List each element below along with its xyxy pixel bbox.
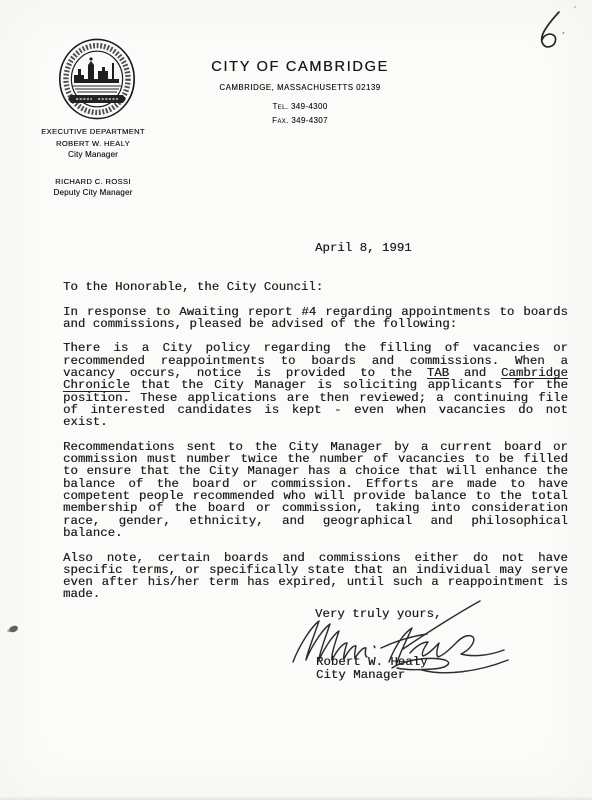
city-manager-title: City Manager (23, 149, 163, 161)
letterhead-title: CITY OF CAMBRIDGE (176, 59, 424, 75)
letter-line: evenafterhis/hertermhasexpired,untilsuch… (63, 576, 568, 588)
executive-department-label: EXECUTIVE DEPARTMENT (23, 126, 163, 138)
deputy-manager-name: RICHARD C. ROSSI (23, 176, 163, 188)
scan-speck (574, 6, 576, 8)
paragraph: ThereisaCitypolicyregardingthefillingofv… (63, 342, 568, 428)
salutation: To the Honorable, the City Council: (63, 281, 568, 293)
letterhead-fax: Fax. 349-4307 (176, 116, 424, 125)
letter-line: Alsonote,certainboardsandcommissionseith… (63, 552, 568, 564)
paragraph: Alsonote,certainboardsandcommissionseith… (63, 552, 568, 601)
letter-line: RecommendationssenttotheCityManagerbyacu… (63, 441, 568, 453)
letter-line: ChroniclethattheCityManagerissolicitinga… (63, 379, 568, 391)
letterhead-tel: Tel. 349-4300 (176, 102, 424, 111)
letter-line: race,gender,ethnicity,andgeographicaland… (63, 515, 568, 527)
letter-line: balance. (63, 527, 568, 539)
executive-department-block: EXECUTIVE DEPARTMENT ROBERT W. HEALY Cit… (23, 126, 163, 199)
city-manager-name: ROBERT W. HEALY (23, 138, 163, 150)
city-seal-icon (58, 37, 136, 121)
closing-phrase: Very truly yours, (315, 608, 441, 620)
paragraph: InresponsetoAwaitingreport#4regardingapp… (63, 306, 568, 331)
letter-line: membershipoftheboardorcommission,takingi… (63, 502, 568, 514)
seal-skyline (74, 61, 119, 83)
handwritten-page-number (534, 10, 566, 50)
scan-smudge (8, 625, 18, 633)
signer-name: Robert W. Healy (316, 656, 428, 668)
signer-title: City Manager (316, 669, 405, 681)
letter-date: April 8, 1991 (315, 242, 412, 254)
scanned-letter-page: CITY OF CAMBRIDGE CAMBRIDGE, MASSACHUSET… (0, 0, 592, 800)
deputy-manager-title: Deputy City Manager (23, 187, 163, 199)
letter-body: To the Honorable, the City Council: Inre… (63, 281, 568, 613)
letter-line: made. (63, 588, 568, 600)
letter-line: ThereisaCitypolicyregardingthefillingofv… (63, 342, 568, 354)
paragraph: RecommendationssenttotheCityManagerbyacu… (63, 441, 568, 539)
letterhead-subtitle: CAMBRIDGE, MASSACHUSETTS 02139 (176, 83, 424, 92)
letter-line: and commissions, pleased be advised of t… (63, 318, 568, 330)
spacer (23, 161, 163, 176)
letter-line: toensurethattheCityManagerhasachoicethat… (63, 465, 568, 477)
letter-paragraphs: InresponsetoAwaitingreport#4regardingapp… (63, 306, 568, 601)
letter-line: exist. (63, 416, 568, 428)
letter-line: ofinterestedcandidatesiskept-evenwhenvac… (63, 404, 568, 416)
letterhead-title-block: CITY OF CAMBRIDGE CAMBRIDGE, MASSACHUSET… (176, 59, 424, 129)
